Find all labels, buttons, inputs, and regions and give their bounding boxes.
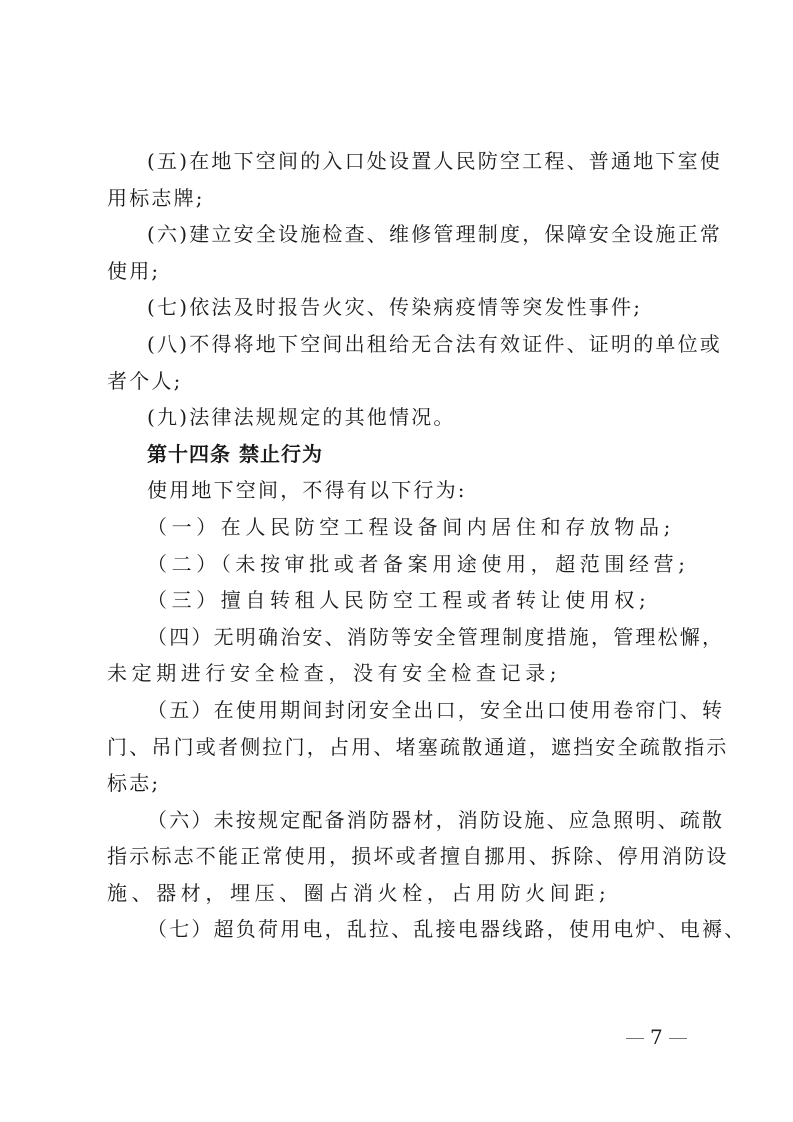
prohibition-line: 门、吊门或者侧拉门，占用、堵塞疏散通道，遮挡安全疏散指示 [107, 729, 695, 766]
prohibition-line: （七）超负荷用电，乱拉、乱接电器线路，使用电炉、电褥、 [107, 911, 695, 948]
paragraph-line: 使用; [107, 253, 695, 290]
prohibition-line: （四）无明确治安、消防等安全管理制度措施，管理松懈， [107, 619, 695, 656]
paragraph-line: (八)不得将地下空间出租给无合法有效证件、证明的单位或 [107, 326, 695, 363]
prohibition-line: （五）在使用期间封闭安全出口，安全出口使用卷帘门、转 [107, 692, 695, 729]
article-heading: 第十四条 禁止行为 [107, 436, 695, 473]
prohibition-line: 标志; [107, 765, 695, 802]
dash-right [669, 1038, 687, 1039]
prohibition-item: （一）在人民防空工程设备间内居住和存放物品; [107, 509, 695, 546]
dash-left [626, 1038, 644, 1039]
prohibition-line: 指示标志不能正常使用，损坏或者擅自挪用、拆除、停用消防设 [107, 838, 695, 875]
prohibition-line: 施、器材，埋压、圈占消火栓，占用防火间距; [107, 875, 695, 912]
prohibition-line: 未定期进行安全检查，没有安全检查记录; [107, 655, 695, 692]
page-number: 7 [650, 1025, 663, 1049]
document-page: (五)在地下空间的入口处设置人民防空工程、普通地下室使 用标志牌; (六)建立安… [107, 143, 695, 948]
paragraph-line: (五)在地下空间的入口处设置人民防空工程、普通地下室使 [107, 143, 695, 180]
page-footer: 7 [620, 1025, 720, 1049]
prohibition-item: （三）擅自转租人民防空工程或者转让使用权; [107, 582, 695, 619]
article-intro: 使用地下空间，不得有以下行为: [107, 472, 695, 509]
prohibition-line: （六）未按规定配备消防器材，消防设施、应急照明、疏散 [107, 802, 695, 839]
paragraph-line: (九)法律法规规定的其他情况。 [107, 399, 695, 436]
paragraph-line: (七)依法及时报告火灾、传染病疫情等突发性事件; [107, 289, 695, 326]
prohibition-item: （二）（未按审批或者备案用途使用，超范围经营; [107, 546, 695, 583]
paragraph-line: (六)建立安全设施检查、维修管理制度，保障安全设施正常 [107, 216, 695, 253]
paragraph-line: 用标志牌; [107, 180, 695, 217]
paragraph-line: 者个人; [107, 363, 695, 400]
